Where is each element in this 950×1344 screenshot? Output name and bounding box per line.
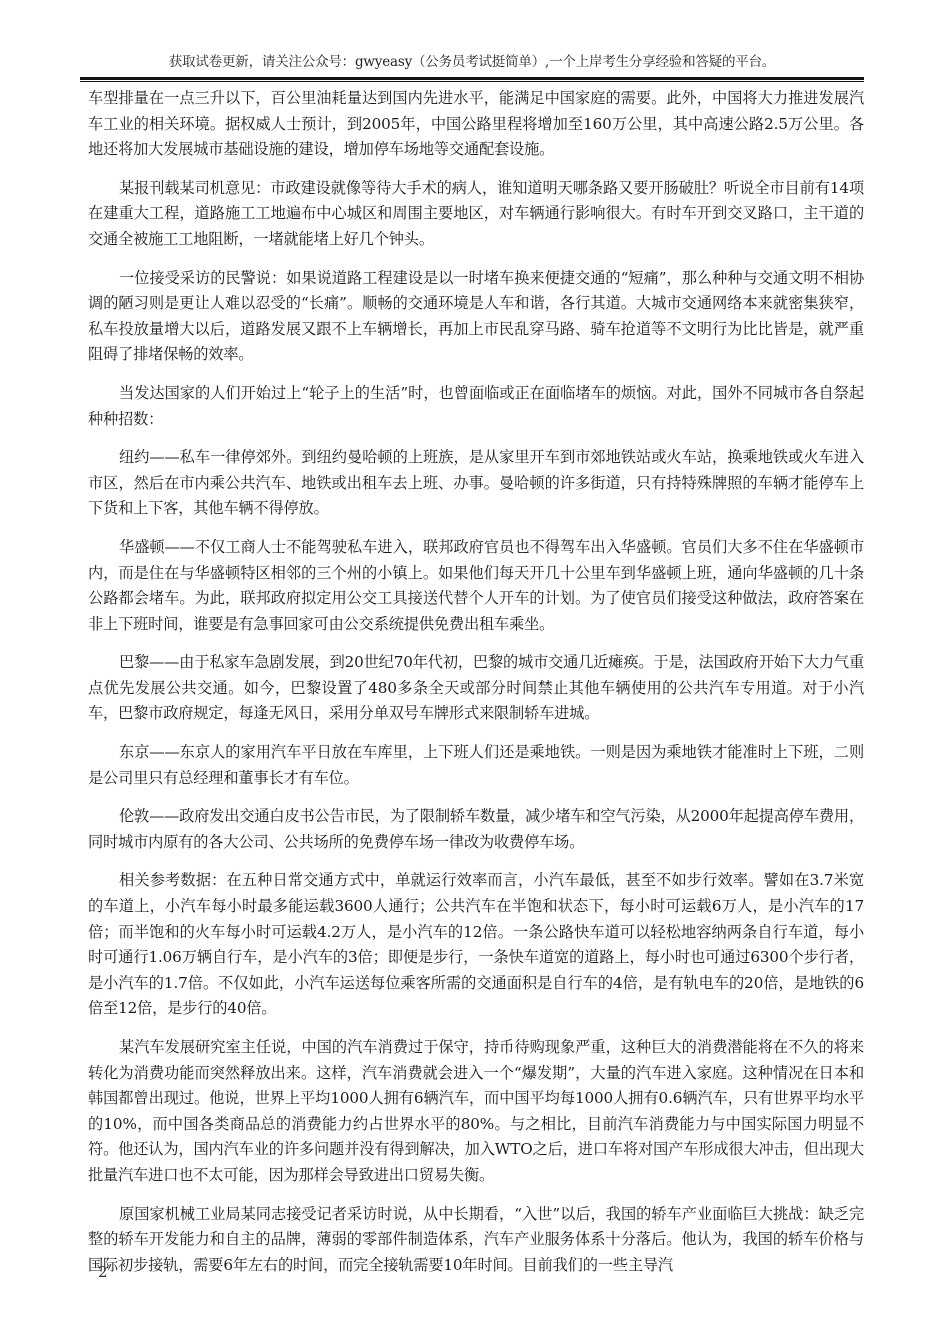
paragraph: 某汽车发展研究室主任说，中国的汽车消费过于保守，持币待购现象严重，这种巨大的消费… <box>88 1035 864 1189</box>
paragraph-washington: 华盛顿——不仅工商人士不能驾驶私车进入，联邦政府官员也不得驾车出入华盛顿。官员们… <box>88 535 864 637</box>
page-number: 2 <box>98 1263 108 1281</box>
paragraph: 一位接受采访的民警说：如果说道路工程建设是以一时堵车换来便捷交通的“短痛”，那么… <box>88 266 864 368</box>
paragraph-new-york: 纽约——私车一律停郊外。到纽约曼哈顿的上班族，是从家里开车到市郊地铁站或火车站，… <box>88 445 864 522</box>
header-rule-thin <box>80 81 864 82</box>
document-page: 获取试卷更新，请关注公众号：gwyeasy（公务员考试挺简单）,一个上岸考生分享… <box>0 0 950 1344</box>
paragraph: 当发达国家的人们开始过上“轮子上的生活”时，也曾面临或正在面临堵车的烦恼。对此，… <box>88 381 864 432</box>
paragraph-tokyo: 东京——东京人的家用汽车平日放在车库里，上下班人们还是乘地铁。一则是因为乘地铁才… <box>88 740 864 791</box>
running-header: 获取试卷更新，请关注公众号：gwyeasy（公务员考试挺简单）,一个上岸考生分享… <box>80 52 864 72</box>
paragraph: 某报刊载某司机意见：市政建设就像等待大手术的病人，谁知道明天哪条路又要开肠破肚？… <box>88 176 864 253</box>
paragraph-london: 伦敦——政府发出交通白皮书公告市民，为了限制轿车数量，减少堵车和空气污染，从20… <box>88 804 864 855</box>
paragraph: 车型排量在一点三升以下，百公里油耗量达到国内先进水平，能满足中国家庭的需要。此外… <box>88 86 864 163</box>
document-body: 车型排量在一点三升以下，百公里油耗量达到国内先进水平，能满足中国家庭的需要。此外… <box>88 86 864 1291</box>
header-rule-thick <box>80 77 864 80</box>
header-double-rule <box>80 77 864 83</box>
paragraph: 原国家机械工业局某同志接受记者采访时说，从中长期看，“入世”以后，我国的轿车产业… <box>88 1202 864 1279</box>
paragraph-paris: 巴黎——由于私家车急剧发展，到20世纪70年代初，巴黎的城市交通几近瘫痪。于是，… <box>88 650 864 727</box>
paragraph-reference-data: 相关参考数据：在五种日常交通方式中，单就运行效率而言，小汽车最低，甚至不如步行效… <box>88 868 864 1022</box>
